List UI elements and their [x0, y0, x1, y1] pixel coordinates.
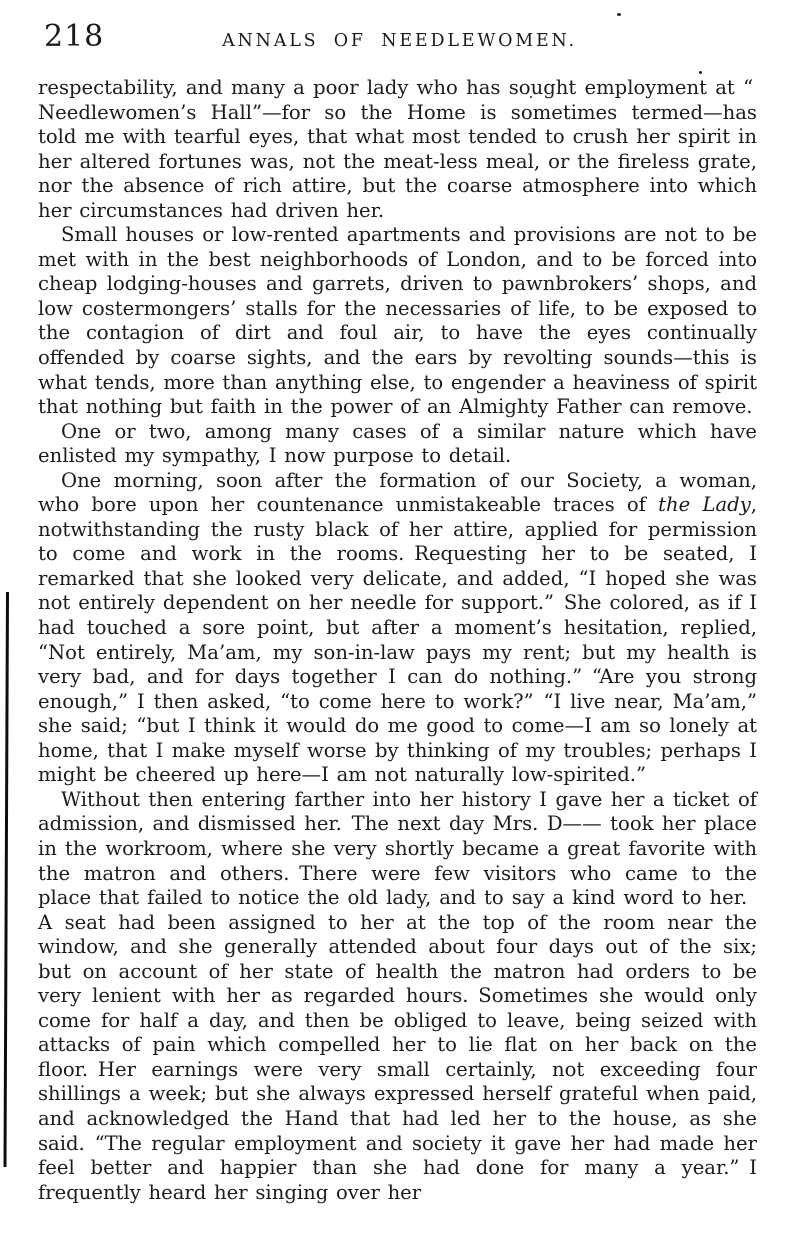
paragraph-5: Without then entering farther into her h…: [38, 788, 757, 1205]
paragraph-2-text: Small houses or low-rented apartments an…: [38, 223, 757, 418]
paragraph-4: One morning, soon after the formation of…: [38, 469, 757, 788]
paragraph-4-text-a: One morning, soon after the formation of…: [38, 469, 757, 517]
paragraph-4-italic-phrase: the Lady: [658, 493, 751, 516]
body-text-column: respectability, and many a poor lady who…: [38, 76, 757, 1205]
scan-speck: [699, 71, 702, 74]
page-number: 218: [44, 22, 104, 52]
book-page: 218 ANNALS OF NEEDLEWOMEN. respectabilit…: [0, 0, 793, 1233]
paragraph-3: One or two, among many cases of a simila…: [38, 420, 757, 469]
paragraph-5-text: Without then entering farther into her h…: [38, 788, 757, 1204]
scan-speck: [617, 13, 621, 16]
paragraph-4-text-b: , notwithstanding the rusty black of her…: [38, 493, 757, 786]
paragraph-1-text: respectability, and many a poor lady who…: [38, 76, 757, 222]
paragraph-1: respectability, and many a poor lady who…: [38, 76, 757, 223]
running-title: ANNALS OF NEEDLEWOMEN.: [222, 33, 577, 51]
paragraph-3-text: One or two, among many cases of a simila…: [38, 420, 757, 468]
scan-artifact-line: [3, 592, 8, 1167]
paragraph-2: Small houses or low-rented apartments an…: [38, 223, 757, 419]
page-header: 218 ANNALS OF NEEDLEWOMEN.: [44, 22, 755, 64]
